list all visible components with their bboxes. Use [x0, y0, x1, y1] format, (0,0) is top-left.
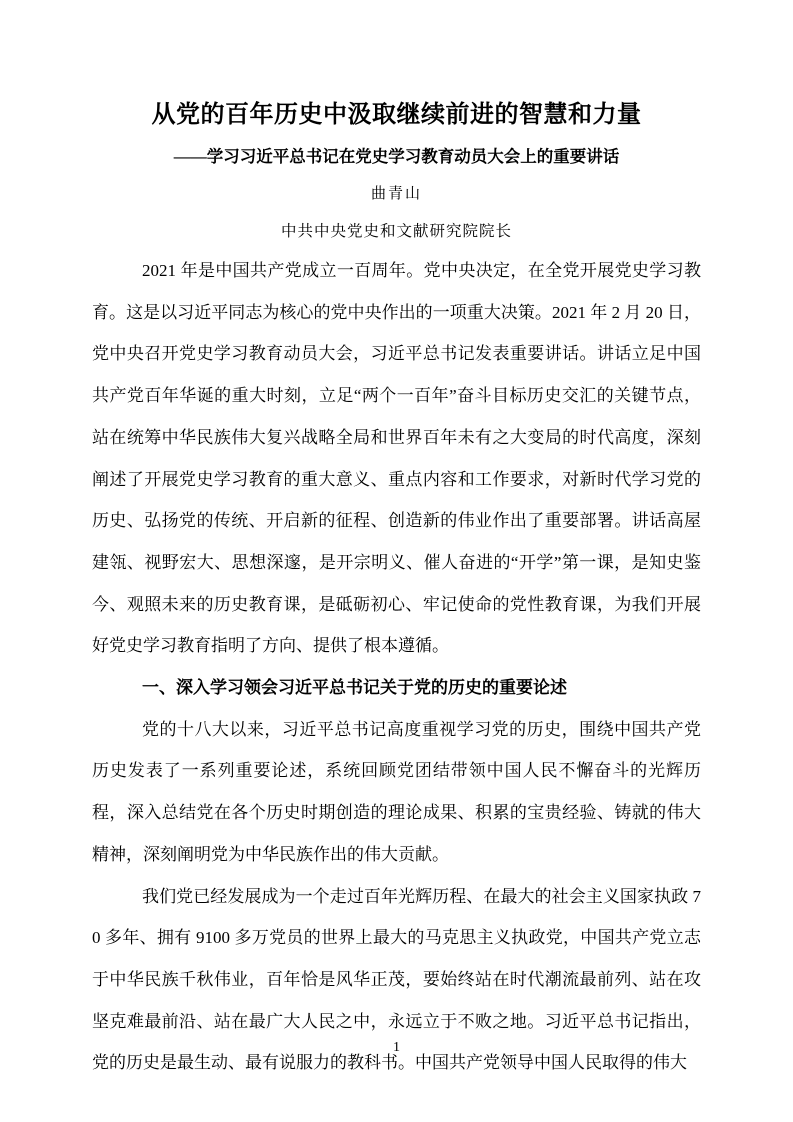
section-heading: 一、深入学习领会习近平总书记关于党的历史的重要论述: [92, 667, 701, 709]
document-subtitle: ——学习习近平总书记在党史学习教育动员大会上的重要讲话: [92, 138, 701, 176]
document-title: 从党的百年历史中汲取继续前进的智慧和力量: [92, 97, 701, 133]
page-number: 1: [0, 1036, 793, 1060]
document-content: 从党的百年历史中汲取继续前进的智慧和力量 ——学习习近平总书记在党史学习教育动员…: [0, 0, 793, 1084]
author-affiliation: 中共中央党史和文献研究院院长: [92, 213, 701, 250]
document-body: 2021 年是中国共产党成立一百周年。党中央决定，在全党开展党史学习教育。这是以…: [92, 250, 701, 1084]
paragraph: 党的十八大以来，习近平总书记高度重视学习党的历史，围绕中国共产党历史发表了一系列…: [92, 709, 701, 876]
author-name: 曲青山: [92, 176, 701, 213]
paragraph: 2021 年是中国共产党成立一百周年。党中央决定，在全党开展党史学习教育。这是以…: [92, 250, 701, 667]
document-page: 从党的百年历史中汲取继续前进的智慧和力量 ——学习习近平总书记在党史学习教育动员…: [0, 0, 793, 1122]
